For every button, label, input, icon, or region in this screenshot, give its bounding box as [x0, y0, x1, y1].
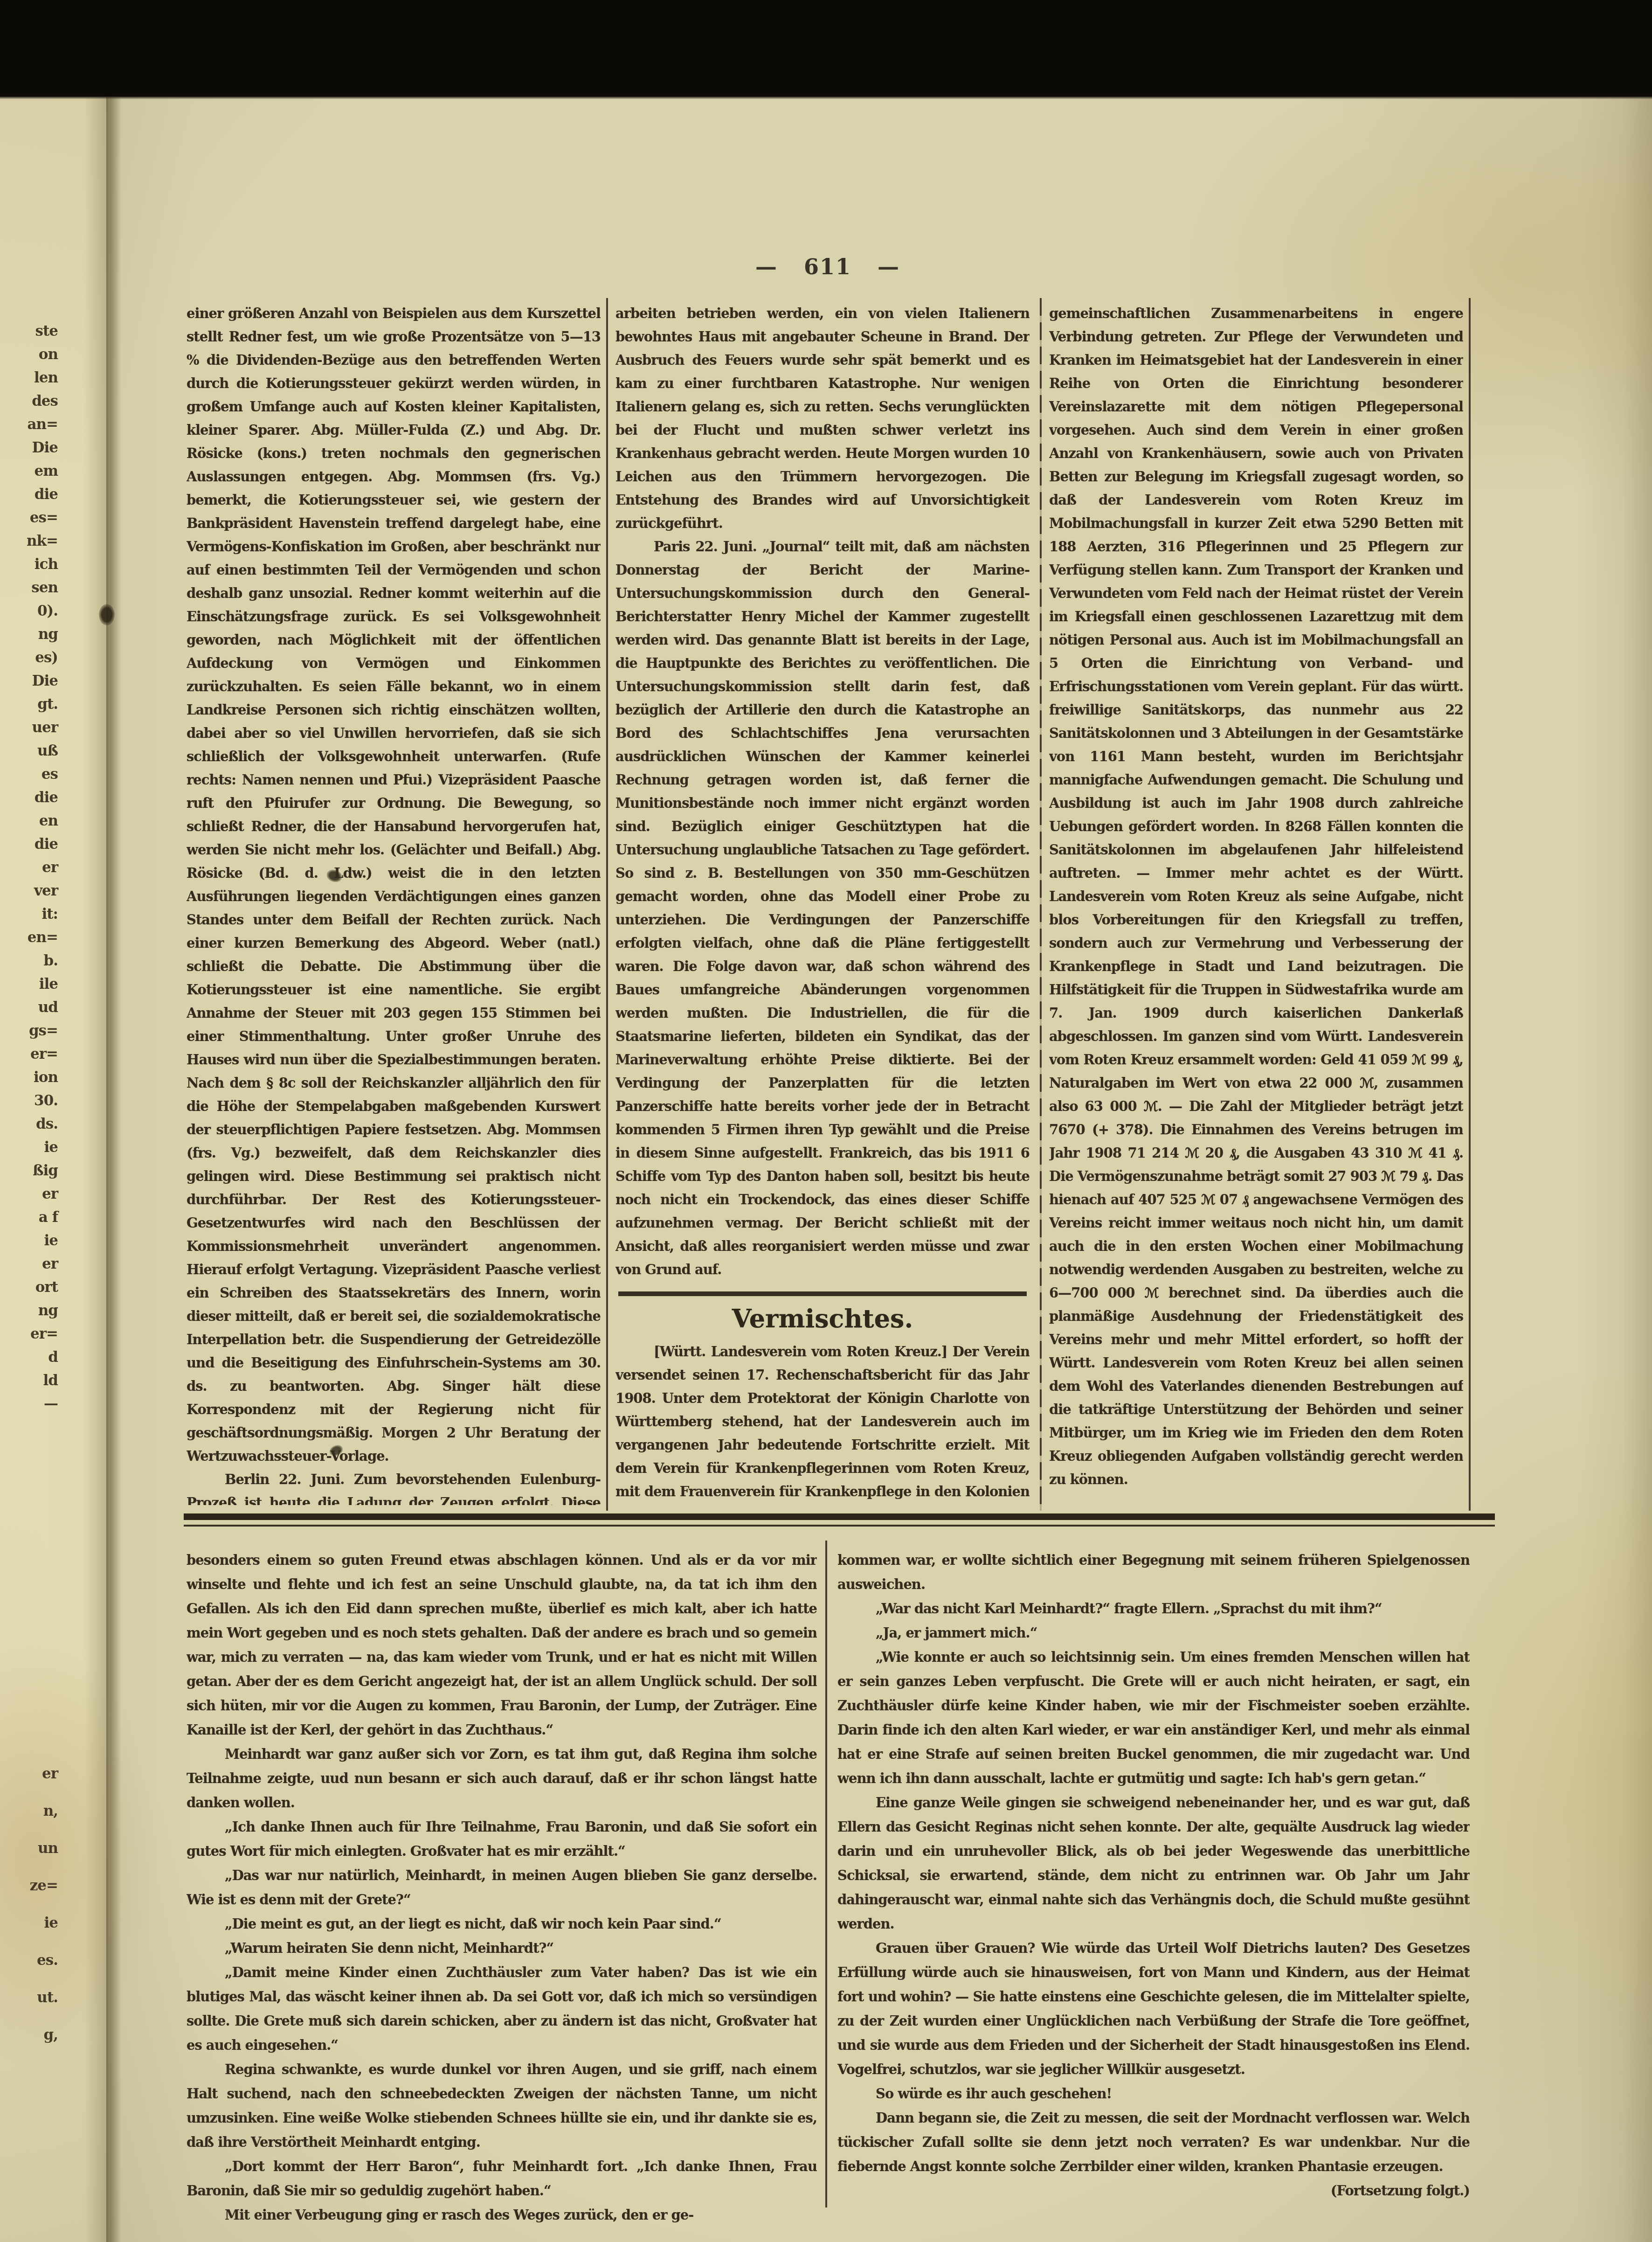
margin-fragment: an=	[3, 413, 58, 436]
section-divider-rule	[184, 1513, 1495, 1520]
margin-fragment: die	[3, 483, 58, 506]
margin-fragment: uß	[3, 739, 58, 763]
section-rule	[618, 1291, 1027, 1296]
margin-fragment: ng	[3, 1299, 58, 1322]
margin-fragment: a f	[3, 1206, 58, 1229]
margin-fragment: ile	[3, 972, 58, 996]
margin-fragment: es	[3, 763, 58, 786]
story-paragraph: „Damit meine Kinder einen Zuchthäusler z…	[187, 1960, 817, 2057]
continuation-notice: (Fortsetzung folgt.)	[1293, 2179, 1470, 2203]
margin-fragment: ud	[3, 996, 58, 1019]
facing-page-text-fragments: ern,unze=iees.ut.g,	[3, 1755, 58, 2054]
margin-fragment: ld	[3, 1369, 58, 1392]
scanned-newspaper-page: steonlendesan=Dieemdiees=nk=ichsen0).nge…	[0, 0, 1652, 2242]
margin-fragment: ßig	[3, 1159, 58, 1182]
binding-hole	[99, 604, 115, 625]
margin-fragment: ze=	[3, 1867, 58, 1904]
story-paragraph: kommen war, er wollte sichtlich einer Be…	[837, 1548, 1470, 1596]
story-paragraph: „Ja, er jammert mich.“	[837, 1621, 1470, 1645]
margin-fragment: es)	[3, 646, 58, 669]
story-paragraph: „Ich danke Ihnen auch für Ihre Teilnahme…	[187, 1815, 817, 1863]
news-column-1: einer größeren Anzahl von Beispielen aus…	[187, 302, 601, 1505]
margin-fragment: er	[3, 1252, 58, 1276]
feuilleton-column-left: besonders einem so guten Freund etwas ab…	[187, 1548, 817, 2234]
news-paragraph-rotes-kreuz: [Württ. Landesverein vom Roten Kreuz.] D…	[615, 1340, 1030, 1505]
story-paragraph: „Die meint es gut, an der liegt es nicht…	[187, 1912, 817, 1936]
margin-fragment: ver	[3, 879, 58, 902]
story-paragraph: „War das nicht Karl Meinhardt?“ fragte E…	[837, 1596, 1470, 1621]
news-paragraph-berlin: Berlin 22. Juni. Zum bevorstehenden Eule…	[187, 1468, 601, 1505]
margin-fragment: 30.	[3, 1089, 58, 1112]
margin-fragment: ng	[3, 623, 58, 646]
margin-fragment: ste	[3, 319, 58, 343]
margin-fragment: it:	[3, 902, 58, 926]
margin-fragment: ie	[3, 1904, 58, 1942]
story-paragraph: Eine ganze Weile gingen sie schweigend n…	[837, 1791, 1470, 1936]
story-paragraph: So würde es ihr auch geschehen!	[837, 2082, 1470, 2106]
section-heading-vermischtes: Vermischtes.	[615, 1304, 1030, 1333]
margin-fragment: er=	[3, 1322, 58, 1346]
margin-fragment: len	[3, 366, 58, 389]
story-paragraph: besonders einem so guten Freund etwas ab…	[187, 1548, 817, 1742]
story-paragraph: Grauen über Grauen? Wie würde das Urteil…	[837, 1936, 1470, 2082]
margin-fragment: es.	[3, 1942, 58, 1979]
story-paragraph: „Warum heiraten Sie denn nicht, Meinhard…	[187, 1936, 817, 1960]
margin-fragment: em	[3, 459, 58, 483]
margin-fragment: 0).	[3, 599, 58, 623]
margin-fragment: ut.	[3, 1979, 58, 2016]
feuilleton-column-right: kommen war, er wollte sichtlich einer Be…	[837, 1548, 1470, 2234]
gutter-fold	[106, 97, 109, 2242]
column-rule	[606, 298, 608, 1511]
margin-fragment: un	[3, 1830, 58, 1867]
news-paragraph-rotes-kreuz-continued: gemeinschaftlichen Zusammenarbeitens in …	[1049, 302, 1463, 1491]
margin-fragment: es=	[3, 506, 58, 529]
scanner-background	[0, 0, 1652, 97]
margin-fragment: er	[3, 856, 58, 879]
margin-fragment: d	[3, 1346, 58, 1369]
news-paragraph-reichstag: einer größeren Anzahl von Beispielen aus…	[187, 302, 601, 1468]
margin-fragment: gt.	[3, 693, 58, 716]
story-paragraph: „Dort kommt der Herr Baron“, fuhr Meinha…	[187, 2154, 817, 2203]
story-paragraph: „Das war nur natürlich, Meinhardt, in me…	[187, 1863, 817, 1912]
margin-fragment: die	[3, 833, 58, 856]
margin-fragment: uer	[3, 716, 58, 739]
margin-fragment: er	[3, 1755, 58, 1792]
margin-fragment: des	[3, 389, 58, 413]
newspaper-sheet: steonlendesan=Dieemdiees=nk=ichsen0).nge…	[0, 97, 1652, 2242]
news-paragraph-brand: arbeiten betrieben werden, ein von viele…	[615, 302, 1030, 535]
margin-fragment: ion	[3, 1066, 58, 1089]
section-divider-rule-thin	[184, 1525, 1495, 1527]
margin-fragment: en=	[3, 926, 58, 949]
margin-fragment: ie	[3, 1136, 58, 1159]
margin-fragment: ie	[3, 1229, 58, 1252]
story-paragraph: Meinhardt war ganz außer sich vor Zorn, …	[187, 1742, 817, 1815]
margin-fragment: Die	[3, 436, 58, 459]
news-column-3: gemeinschaftlichen Zusammenarbeitens in …	[1049, 302, 1463, 1505]
margin-fragment: Die	[3, 669, 58, 693]
facing-page-text-fragments: steonlendesan=Dieemdiees=nk=ichsen0).nge…	[3, 319, 58, 1416]
margin-fragment: sen	[3, 576, 58, 599]
news-paragraph-paris: Paris 22. Juni. „Journal“ teilt mit, daß…	[615, 535, 1030, 1281]
margin-fragment: ds.	[3, 1112, 58, 1136]
margin-fragment: ich	[3, 553, 58, 576]
story-paragraph-final: Dann begann sie, die Zeit zu messen, die…	[837, 2106, 1470, 2179]
margin-fragment: n,	[3, 1792, 58, 1830]
margin-fragment: die	[3, 786, 58, 809]
margin-fragment: b.	[3, 949, 58, 972]
margin-fragment: on	[3, 343, 58, 366]
column-rule	[1040, 298, 1042, 1511]
column-rule	[1469, 298, 1471, 1511]
story-paragraph: Mit einer Verbeugung ging er rasch des W…	[187, 2203, 817, 2227]
margin-fragment: er	[3, 1182, 58, 1206]
story-text: Dann begann sie, die Zeit zu messen, die…	[837, 2110, 1470, 2174]
margin-fragment: —	[3, 1392, 58, 1416]
feuilleton-column-rule	[825, 1541, 827, 2207]
news-column-2: arbeiten betrieben werden, ein von viele…	[615, 302, 1030, 1505]
page-number: — 611 —	[186, 254, 1470, 279]
margin-fragment: nk=	[3, 529, 58, 553]
story-paragraph: „Wie konnte er auch so leichtsinnig sein…	[837, 1645, 1470, 1791]
margin-fragment: g,	[3, 2016, 58, 2054]
margin-fragment: ort	[3, 1276, 58, 1299]
story-paragraph: Regina schwankte, es wurde dunkel vor ih…	[187, 2057, 817, 2154]
margin-fragment: gs=	[3, 1019, 58, 1042]
margin-fragment: er=	[3, 1042, 58, 1066]
margin-fragment: en	[3, 809, 58, 833]
